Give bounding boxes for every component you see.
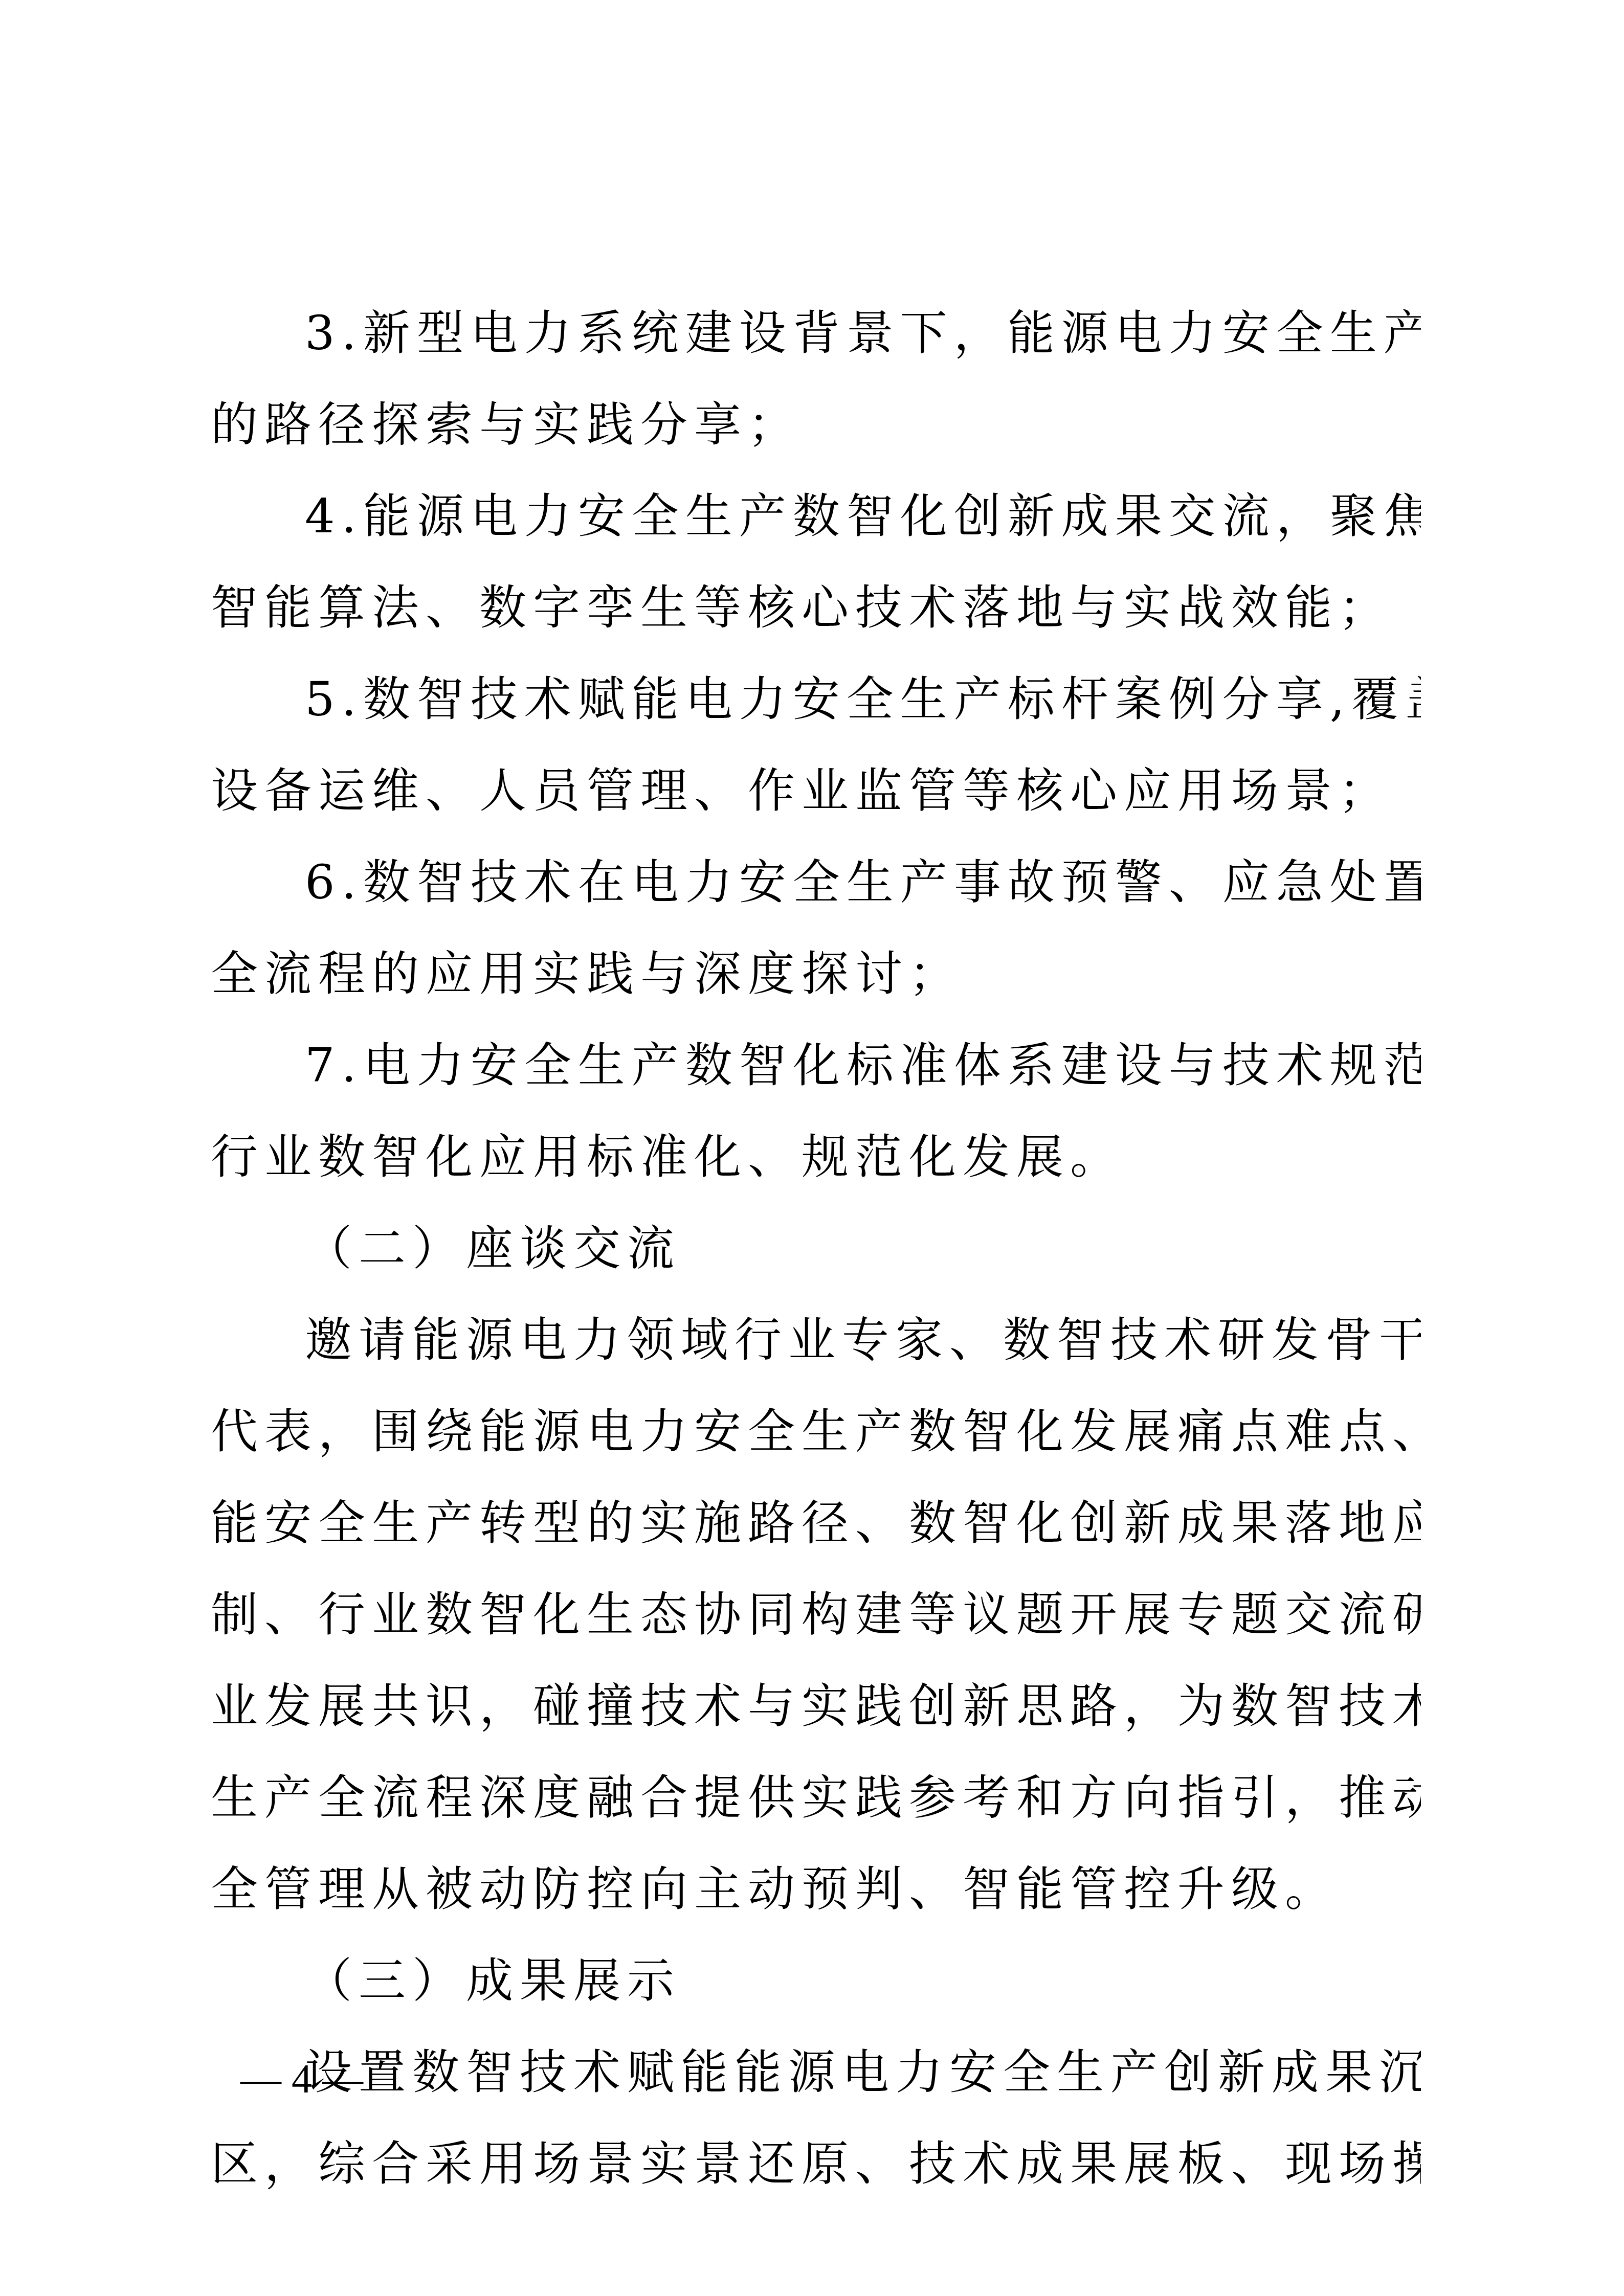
document-body: 3.新型电力系统建设背景下，能源电力安全生产数智化转型 的路径探索与实践分享； … xyxy=(211,303,1421,2225)
paragraph-line: 代表，围绕能源电力安全生产数智化发展痛点难点、数智技术赋 xyxy=(211,1401,1421,1493)
paragraph-line: 3.新型电力系统建设背景下，能源电力安全生产数智化转型 xyxy=(211,303,1421,394)
paragraph-line: 智能算法、数字孪生等核心技术落地与实战效能； xyxy=(211,577,1421,669)
paragraph-line: 设置数智技术赋能能源电力安全生产创新成果沉浸式体验 xyxy=(211,2042,1421,2133)
list-item-7: 7.电力安全生产数智化标准体系建设与技术规范研讨，推动 行业数智化应用标准化、规… xyxy=(211,1035,1421,1218)
paragraph-line: 制、行业数智化生态协同构建等议题开展专题交流研讨。凝聚行 xyxy=(211,1584,1421,1676)
paragraph-line: 生产全流程深度融合提供实践参考和方向指引，推动电力行业安 xyxy=(211,1767,1421,1859)
list-item-3: 3.新型电力系统建设背景下，能源电力安全生产数智化转型 的路径探索与实践分享； xyxy=(211,303,1421,486)
section-discussion: （二）座谈交流 邀请能源电力领域行业专家、数智技术研发骨干及企业实践 代表，围绕… xyxy=(211,1218,1421,1950)
document-page: 3.新型电力系统建设背景下，能源电力安全生产数智化转型 的路径探索与实践分享； … xyxy=(0,0,1624,2296)
paragraph-line: 区，综合采用场景实景还原、技术成果展板、现场操作体验、互 xyxy=(211,2133,1421,2225)
list-item-5: 5.数智技术赋能电力安全生产标杆案例分享,覆盖风险防控、 设备运维、人员管理、作… xyxy=(211,669,1421,852)
paragraph-line: 设备运维、人员管理、作业监管等核心应用场景； xyxy=(211,760,1421,852)
paragraph-line: 7.电力安全生产数智化标准体系建设与技术规范研讨，推动 xyxy=(211,1035,1421,1127)
paragraph-line: 邀请能源电力领域行业专家、数智技术研发骨干及企业实践 xyxy=(211,1310,1421,1401)
list-item-6: 6.数智技术在电力安全生产事故预警、应急处置、事后复盘 全流程的应用实践与深度探… xyxy=(211,852,1421,1035)
paragraph-line: 业发展共识，碰撞技术与实践创新思路，为数智技术与电力安全 xyxy=(211,1676,1421,1767)
section-heading: （三）成果展示 xyxy=(211,1950,1421,2042)
paragraph-line: 6.数智技术在电力安全生产事故预警、应急处置、事后复盘 xyxy=(211,852,1421,943)
paragraph-line: 全管理从被动防控向主动预判、智能管控升级。 xyxy=(211,1859,1421,1950)
list-item-4: 4.能源电力安全生产数智化创新成果交流，聚焦 AI 大模型、 智能算法、数字孪生… xyxy=(211,486,1421,669)
paragraph-line: 行业数智化应用标准化、规范化发展。 xyxy=(211,1127,1421,1218)
paragraph-line: 能安全生产转型的实施路径、数智化创新成果落地应用的保障机 xyxy=(211,1493,1421,1584)
paragraph-line: 5.数智技术赋能电力安全生产标杆案例分享,覆盖风险防控、 xyxy=(211,669,1421,760)
paragraph-line: 4.能源电力安全生产数智化创新成果交流，聚焦 AI 大模型、 xyxy=(211,486,1421,577)
paragraph-line: 全流程的应用实践与深度探讨； xyxy=(211,943,1421,1035)
page-number: — 4 — xyxy=(240,2054,363,2105)
section-heading: （二）座谈交流 xyxy=(211,1218,1421,1310)
section-showcase: （三）成果展示 设置数智技术赋能能源电力安全生产创新成果沉浸式体验 区，综合采用… xyxy=(211,1950,1421,2225)
paragraph-line: 的路径探索与实践分享； xyxy=(211,394,1421,486)
